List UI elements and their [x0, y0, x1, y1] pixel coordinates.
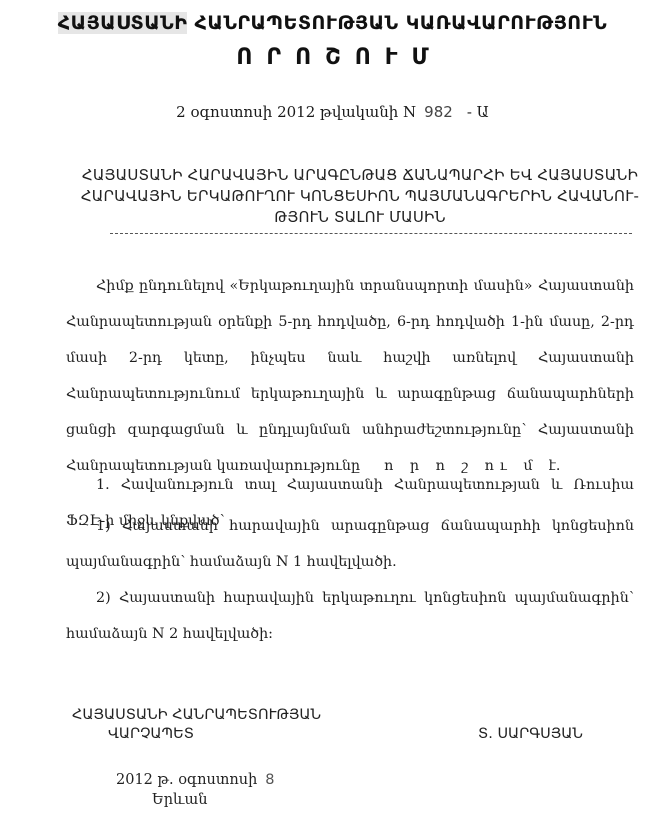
decision-date: 2 օգոստոսի 2012 թվականի N: [176, 103, 416, 121]
signing-date: 2012 թ. օգոստոսի: [116, 772, 257, 788]
decision-subject: ՀԱՅԱՍՏԱՆԻ ՀԱՐԱՎԱՅԻՆ ԱՐԱԳԸՆԹԱՑ ՃԱՆԱՊԱՐՀԻ …: [60, 165, 660, 228]
preamble-text: Հիմք ընդունելով «Երկաթուղային տրանսպորտի…: [66, 278, 634, 474]
signing-day: 8: [265, 772, 274, 788]
signatory-title-line2: ՎԱՐՉԱՊԵՏ: [72, 725, 321, 744]
item-1-2: 2) Հայաստանի հարավային երկաթուղու կոնցես…: [66, 580, 634, 652]
government-title-first-word: ՀԱՅԱՍՏԱՆԻ: [58, 12, 188, 34]
signing-city: Երևան: [116, 790, 275, 810]
decision-suffix: - Ա: [467, 103, 489, 121]
preamble-paragraph: Հիմք ընդունելով «Երկաթուղային տրանսպորտի…: [66, 268, 634, 484]
government-title: ՀԱՅԱՍՏԱՆԻ ՀԱՆՐԱՊԵՏՈՒԹՅԱՆ ԿԱՌԱՎԱՐՈՒԹՅՈՒՆ: [0, 12, 665, 34]
decision-number: 982: [424, 103, 453, 121]
signatory-name: Տ. ՍԱՐԳՍՅԱՆ: [478, 726, 583, 742]
document-type-heading: ՈՐՈՇՈՒՄ: [0, 45, 665, 70]
signing-date-block: 2012 թ. օգոստոսի8 Երևան: [116, 770, 275, 810]
dashed-separator: [110, 233, 632, 234]
signatory-title: ՀԱՅԱՍՏԱՆԻ ՀԱՆՐԱՊԵՏՈՒԹՅԱՆ ՎԱՐՉԱՊԵՏ: [72, 706, 321, 744]
signatory-title-line1: ՀԱՅԱՍՏԱՆԻ ՀԱՆՐԱՊԵՏՈՒԹՅԱՆ: [72, 707, 321, 723]
government-title-rest: ՀԱՆՐԱՊԵՏՈՒԹՅԱՆ ԿԱՌԱՎԱՐՈՒԹՅՈՒՆ: [187, 12, 607, 34]
decision-date-line: 2 օգոստոսի 2012 թվականի N982- Ա: [0, 103, 665, 121]
item-1-1: 1) Հայաստանի հարավային արագընթաց ճանապար…: [66, 508, 634, 580]
